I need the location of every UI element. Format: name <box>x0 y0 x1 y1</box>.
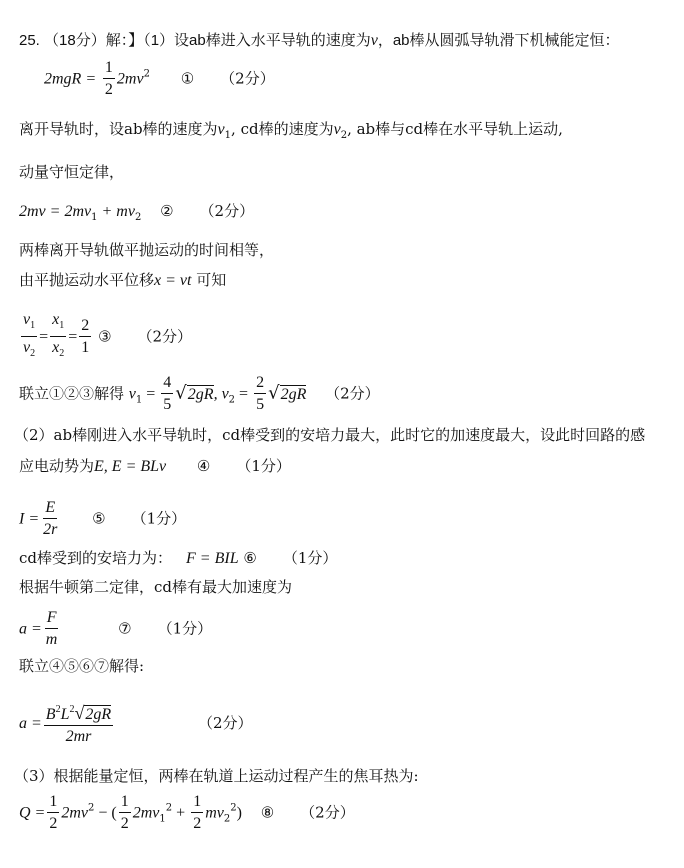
f1-num-sub: 1 <box>30 320 35 331</box>
text-displacement: 由平抛运动水平位移x = vt 可知 <box>19 270 226 291</box>
text5-formula: x = vt <box>154 272 191 289</box>
score-10: （2分） <box>300 804 355 822</box>
mark-2: ② <box>160 202 173 220</box>
eq9-n2: 1 <box>119 792 131 813</box>
eq1-num: 1 <box>103 58 115 79</box>
mark-8: ⑧ <box>261 804 274 822</box>
sqrt-icon: √ <box>175 383 186 404</box>
eq4-pre: 联立①②③解得 <box>19 385 129 403</box>
score-3: （2分） <box>138 328 193 346</box>
text-leave-rails: 离开导轨时，设ab棒的速度为v1, cd棒的速度为v2, ab棒与cd棒在水平导… <box>19 119 563 146</box>
score-4: （2分） <box>325 385 380 403</box>
equation-9: Q =122mv2 − (122mv12 + 12mv22) ⑧（2分） <box>19 792 355 835</box>
f3-num: 2 <box>79 316 91 337</box>
eq9-d3: 2 <box>191 813 203 835</box>
text2-c: , ab棒与cd棒在水平导轨上运动, <box>347 120 563 138</box>
text5-b: 可知 <box>191 271 226 289</box>
header-var: v <box>371 32 378 49</box>
sqrt-icon: √ <box>268 383 279 404</box>
eq9-sub2: 2 <box>224 814 230 825</box>
eq3-frac3: 21 <box>79 316 91 359</box>
eq2-b: + mv <box>97 203 134 220</box>
text-newton: 根据牛顿第二定律，cd棒有最大加速度为 <box>19 577 292 597</box>
eq9-frac1: 12 <box>47 792 59 835</box>
eq8-rad: 2gR <box>84 705 111 723</box>
score-2: （2分） <box>200 202 255 220</box>
v2: v <box>334 121 341 138</box>
text-momentum: 动量守恒定律， <box>19 162 124 182</box>
score-1: （2分） <box>220 70 275 88</box>
equation-5: I =E2r ⑤（1分） <box>19 498 186 541</box>
eq7-lhs: a = <box>19 621 42 638</box>
eq5-num: E <box>43 498 57 519</box>
text-combine: 联立④⑤⑥⑦解得: <box>19 656 144 676</box>
f2-den-sub: 2 <box>59 348 64 359</box>
mark-5: ⑤ <box>92 510 105 528</box>
equation-1: 2mgR = 122mv2 ①（2分） <box>44 58 275 101</box>
eq9-t2: 2mv <box>133 805 160 822</box>
text-emf: 应电动势为E, E = BLv ④（1分） <box>19 456 291 477</box>
equation-2: 2mv = 2mv1 + mv2 ②（2分） <box>19 201 254 228</box>
equation-7: a =Fm ⑦（1分） <box>19 608 212 651</box>
eq5-lhs: I = <box>19 511 39 528</box>
score-6: （1分） <box>132 510 187 528</box>
eq8-B: B <box>46 706 56 723</box>
eq4-rad1: 2gR <box>187 385 214 403</box>
eq4-frac2: 25 <box>254 373 266 416</box>
problem-header: 25. （18分）解：】（1）设ab棒进入水平导轨的速度为v，ab棒从圆弧导轨滑… <box>19 30 620 51</box>
mark-7: ⑦ <box>118 620 131 638</box>
eq7-frac: Fm <box>44 608 60 651</box>
eq4-f1-den: 5 <box>161 394 173 416</box>
eq9-t3: mv <box>205 805 224 822</box>
eq5-frac: E2r <box>41 498 59 541</box>
equation-3: v1v2=x1x2=21 ③（2分） <box>19 310 192 365</box>
sqrt-icon: √ <box>74 703 84 723</box>
eq9-d2: 2 <box>119 813 131 835</box>
eq4-f1-num: 4 <box>161 373 173 394</box>
eq4-sep: , v <box>214 386 229 403</box>
eq1-lhs: 2mgR = <box>44 71 96 88</box>
text5-a: 由平抛运动水平位移 <box>19 271 154 289</box>
eq1-fraction: 12 <box>103 58 115 101</box>
eq3-frac2: x1x2 <box>50 310 66 365</box>
eq9-t1: 2mv <box>61 805 88 822</box>
eq9-frac2: 12 <box>119 792 131 835</box>
score-9: （2分） <box>198 714 253 732</box>
score-8: （1分） <box>158 620 213 638</box>
mark-4: ④ <box>197 457 210 475</box>
score-5: （1分） <box>236 457 291 475</box>
eq1-rhs: 2mv <box>117 71 144 88</box>
header-text: 25. （18分）解：】（1）设ab棒进入水平导轨的速度为 <box>19 32 371 49</box>
eq9-sub1: 1 <box>159 814 165 825</box>
text2-b: , cd棒的速度为 <box>231 120 334 138</box>
text8-a: cd棒受到的安培力为： <box>19 549 172 567</box>
eq1-den: 2 <box>103 79 115 101</box>
text-part3: （3）根据能量定恒，两棒在轨道上运动过程产生的焦耳热为: <box>14 766 419 786</box>
eq4-v1: v <box>129 386 136 403</box>
text7-formula: E, E = BLv <box>94 458 166 475</box>
eq7-num: F <box>45 608 59 629</box>
eq8-den: 2mr <box>64 726 94 748</box>
eq1-sup: 2 <box>144 69 150 80</box>
eq4-frac1: 45 <box>161 373 173 416</box>
f2-num-sub: 1 <box>59 320 64 331</box>
eq4-f2-den: 5 <box>254 394 266 416</box>
equation-8: a =B2L2√2gR2mr （2分） <box>19 700 252 748</box>
header-tail: ，ab棒从圆弧导轨滑下机械能定恒： <box>378 32 620 49</box>
eq9-close: ) <box>237 805 242 822</box>
mark-3: ③ <box>98 328 111 346</box>
f3-den: 1 <box>79 337 91 359</box>
eq9-lhs: Q = <box>19 805 45 822</box>
text8-formula: F = BIL <box>186 550 239 567</box>
eq8-frac: B2L2√2gR2mr <box>44 700 113 748</box>
text-equal-time: 两棒离开导轨做平抛运动的时间相等， <box>19 240 274 260</box>
text7-a: 应电动势为 <box>19 457 94 475</box>
eq7-den: m <box>44 629 60 651</box>
text2-a: 离开导轨时，设ab棒的速度为 <box>19 120 218 138</box>
eq9-n1: 1 <box>47 792 59 813</box>
text-part2: （2）ab棒刚进入水平导轨时，cd棒受到的安培力最大，此时它的加速度最大，设此时… <box>14 425 645 445</box>
mark-6: ⑥ <box>243 549 256 567</box>
eq9-n3: 1 <box>191 792 203 813</box>
eq4-f2-num: 2 <box>254 373 266 394</box>
eq4-rad2: 2gR <box>280 385 307 403</box>
eq9-d1: 2 <box>47 813 59 835</box>
eq9-frac3: 12 <box>191 792 203 835</box>
eq2-sub2: 2 <box>135 212 141 223</box>
equation-4: 联立①②③解得 v1 = 45√2gR, v2 = 25√2gR （2分） <box>19 373 380 416</box>
eq8-lhs: a = <box>19 715 42 732</box>
score-7: （1分） <box>283 549 338 567</box>
text-ampere-force: cd棒受到的安培力为：F = BIL ⑥（1分） <box>19 548 337 569</box>
eq5-den: 2r <box>41 519 59 541</box>
eq2-a: 2mv = 2mv <box>19 203 91 220</box>
eq3-frac1: v1v2 <box>21 310 37 365</box>
v1: v <box>218 121 225 138</box>
mark-1: ① <box>181 70 194 88</box>
f1-den-sub: 2 <box>30 348 35 359</box>
eq9-minus: − ( <box>94 805 116 822</box>
eq9-plus: + <box>172 805 189 822</box>
